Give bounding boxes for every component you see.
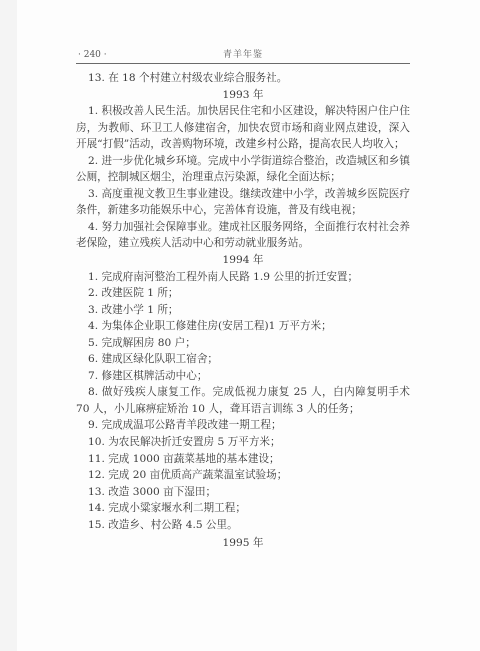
list-item: 1. 完成府南河整治工程外南人民路 1.9 公里的折迁安置；	[76, 269, 410, 286]
list-item: 3. 改建小学 1 所；	[76, 302, 410, 319]
paragraph: 1. 积极改善人民生活。加快居民住宅和小区建设，解决特困户住户住房，为教师、环卫…	[76, 103, 410, 153]
list-item: 2. 改建医院 1 所；	[76, 285, 410, 302]
paragraph: 3. 高度重视文教卫生事业建设。继续改建中小学，改善城乡医院医疗条件，新建多功能…	[76, 186, 410, 219]
list-item: 14. 完成小粱家堰水利二期工程；	[76, 500, 410, 517]
document-body: 13. 在 18 个村建立村级农业综合服务社。 1993 年 1. 积极改善人民…	[76, 70, 410, 552]
year-heading-1994: 1994 年	[76, 252, 410, 269]
list-item: 8. 做好残疾人康复工作。完成低视力康复 25 人，白内障复明手术 70 人，小…	[76, 384, 410, 417]
list-item: 9. 完成成温邛公路青羊段改建一期工程；	[76, 417, 410, 434]
running-header: · 240 · 青羊年鉴	[76, 48, 410, 62]
paragraph: 13. 在 18 个村建立村级农业综合服务社。	[76, 70, 410, 87]
header-rule	[76, 63, 410, 64]
year-heading-1993: 1993 年	[76, 87, 410, 104]
list-item: 10. 为农民解决折迁安置房 5 万平方米；	[76, 434, 410, 451]
list-item: 5. 完成解困房 80 户；	[76, 335, 410, 352]
list-item: 7. 修建区棋牌活动中心；	[76, 368, 410, 385]
scan-margin	[0, 0, 17, 651]
document-page: · 240 · 青羊年鉴 13. 在 18 个村建立村级农业综合服务社。 199…	[76, 48, 410, 552]
list-item: 13. 改造 3000 亩下湿田；	[76, 484, 410, 501]
list-item: 15. 改造乡、村公路 4.5 公里。	[76, 517, 410, 534]
list-item: 6. 建成区绿化队职工宿舍；	[76, 351, 410, 368]
year-heading-1995: 1995 年	[76, 535, 410, 552]
book-title: 青羊年鉴	[76, 48, 410, 62]
list-item: 11. 完成 1000 亩蔬菜基地的基本建设；	[76, 451, 410, 468]
list-item: 4. 为集体企业职工修建住房(安居工程)1 万平方米；	[76, 318, 410, 335]
paragraph: 2. 进一步优化城乡环境。完成中小学街道综合整治，改造城区和乡镇公厕，控制城区烟…	[76, 153, 410, 186]
paragraph: 4. 努力加强社会保障事业。建成社区服务网络，全面推行农村社会养老保险，建立残疾…	[76, 219, 410, 252]
list-item: 12. 完成 20 亩优质高产蔬菜温室试验场；	[76, 467, 410, 484]
